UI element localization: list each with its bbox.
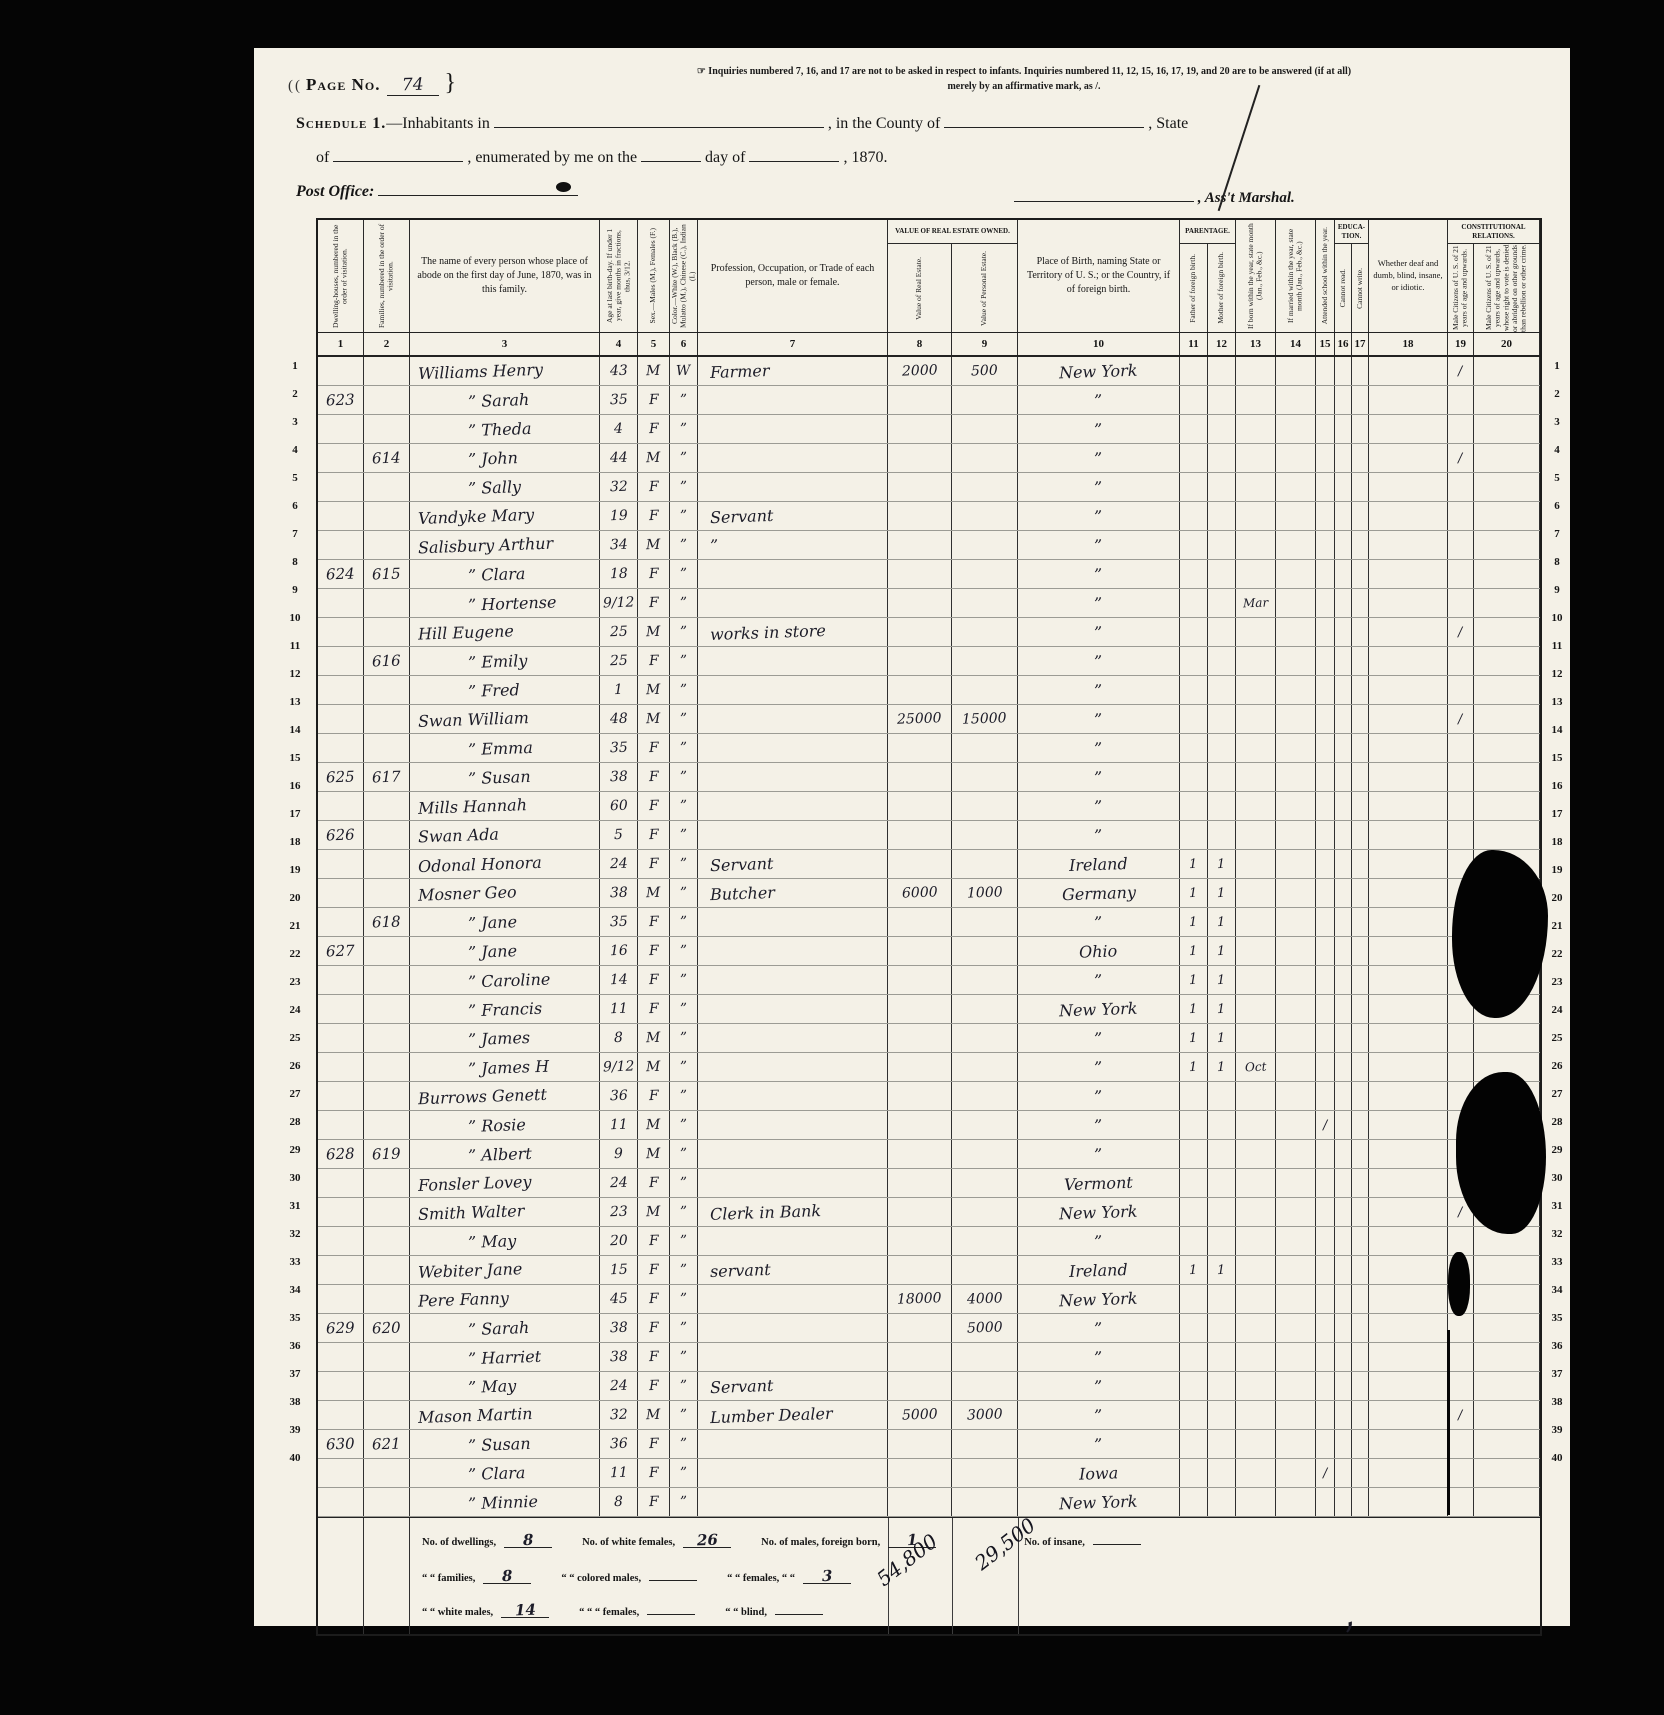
cell-cit <box>1448 502 1474 530</box>
handwritten-entry: F <box>648 508 658 524</box>
cell-re <box>888 1256 952 1284</box>
cell-birth: ” <box>1018 1024 1180 1052</box>
handwritten-entry: 48 <box>609 711 627 728</box>
cell-cw <box>1352 676 1369 704</box>
cell-cw <box>1352 1459 1369 1487</box>
handwritten-entry: ” <box>1094 1144 1103 1163</box>
cell-re: 2000 <box>888 357 952 385</box>
cell-name: Swan Ada <box>410 821 600 849</box>
cell-sch: / <box>1316 1459 1335 1487</box>
cell-cw <box>1352 792 1369 820</box>
cell-cr <box>1335 705 1352 733</box>
cell-fam <box>364 1082 410 1110</box>
cell-col: ” <box>670 1372 698 1400</box>
cell-bm <box>1236 444 1276 472</box>
cell-re <box>888 821 952 849</box>
cell-mm <box>1276 1372 1316 1400</box>
cell-dw <box>318 1256 364 1284</box>
cell-sex: M <box>638 1140 670 1168</box>
cell-col: ” <box>670 444 698 472</box>
cell-cr <box>1335 1488 1352 1516</box>
handwritten-entry: 2000 <box>901 362 937 379</box>
cell-sch: / <box>1316 1111 1335 1139</box>
cell-sch <box>1316 1082 1335 1110</box>
col-header-sex: Sex.—Males (M.), Females (F.) <box>638 220 670 332</box>
census-row: Swan William48M”2500015000”/ <box>318 705 1540 734</box>
cell-bm <box>1236 1314 1276 1342</box>
cell-den <box>1474 1024 1540 1052</box>
cell-sex: F <box>638 589 670 617</box>
cell-cw <box>1352 1024 1369 1052</box>
tally-item: “ “ “ females, <box>579 1598 695 1618</box>
cell-re <box>888 850 952 878</box>
cell-deaf <box>1369 1111 1448 1139</box>
handwritten-entry: / <box>1458 363 1463 378</box>
cell-pe <box>952 734 1018 762</box>
handwritten-entry: ” Hortense <box>468 592 557 614</box>
handwritten-entry: F <box>648 1262 658 1278</box>
cell-cw <box>1352 1314 1369 1342</box>
cell-dw: 630 <box>318 1430 364 1458</box>
cell-birth: ” <box>1018 502 1180 530</box>
census-row: Vandyke Mary19F”Servant” <box>318 502 1540 531</box>
cell-den <box>1474 1372 1540 1400</box>
cell-occ <box>698 1459 888 1487</box>
cell-mm <box>1276 850 1316 878</box>
handwritten-entry: Vandyke Mary <box>418 504 535 527</box>
cell-pe <box>952 1198 1018 1226</box>
cell-deaf <box>1369 1459 1448 1487</box>
row-number: 27 <box>1544 1080 1570 1108</box>
cell-bm <box>1236 473 1276 501</box>
cell-sex: M <box>638 1053 670 1081</box>
cell-pe <box>952 1488 1018 1516</box>
cell-dw <box>318 1053 364 1081</box>
cell-occ <box>698 444 888 472</box>
cell-fb <box>1180 1169 1208 1197</box>
scan-paren-mark: (( <box>288 78 302 95</box>
cell-name: ” Sarah <box>410 1314 600 1342</box>
row-number: 6 <box>282 492 308 520</box>
handwritten-entry: M <box>646 363 661 379</box>
col-header-real-estate: Value of Real Estate. <box>888 244 952 332</box>
cell-deaf <box>1369 676 1448 704</box>
row-number: 5 <box>282 464 308 492</box>
cell-cit <box>1448 676 1474 704</box>
cell-den <box>1474 1488 1540 1516</box>
handwritten-entry: M <box>646 885 661 901</box>
cell-age: 5 <box>600 821 638 849</box>
cell-birth: ” <box>1018 1140 1180 1168</box>
cell-birth: ” <box>1018 1053 1180 1081</box>
cell-mm <box>1276 531 1316 559</box>
cell-mb: 1 <box>1208 995 1236 1023</box>
handwritten-entry: F <box>648 566 658 582</box>
cell-occ: Servant <box>698 1372 888 1400</box>
col-header-cannot-read: Cannot read. <box>1335 244 1352 332</box>
brace-glyph: } <box>445 70 457 97</box>
footer-family-cell <box>364 1518 410 1634</box>
handwritten-entry: / <box>1458 1204 1463 1219</box>
footer-line-1: No. of dwellings,8No. of white females,2… <box>422 1528 1171 1548</box>
handwritten-entry: ” Theda <box>468 418 532 439</box>
handwritten-entry: Odonal Honora <box>418 852 542 875</box>
cell-pe <box>952 1111 1018 1139</box>
cell-mb <box>1208 589 1236 617</box>
cell-fam <box>364 1459 410 1487</box>
column-number: 15 <box>1316 333 1335 355</box>
cell-den <box>1474 560 1540 588</box>
cell-birth: ” <box>1018 386 1180 414</box>
cell-fam <box>364 1343 410 1371</box>
cell-age: 20 <box>600 1227 638 1255</box>
cell-cr <box>1335 618 1352 646</box>
cell-mm <box>1276 821 1316 849</box>
cell-dw: 629 <box>318 1314 364 1342</box>
handwritten-entry: ” <box>680 566 688 582</box>
cell-den <box>1474 763 1540 791</box>
row-number: 13 <box>282 688 308 716</box>
cell-col: ” <box>670 966 698 994</box>
cell-mm <box>1276 763 1316 791</box>
table-footer: No. of dwellings,8No. of white females,2… <box>318 1517 1540 1634</box>
handwritten-entry: Williams Henry <box>418 359 544 382</box>
handwritten-entry: 628 <box>326 1145 355 1164</box>
handwritten-entry: 35 <box>609 914 627 931</box>
handwritten-entry: ” <box>680 1088 688 1104</box>
handwritten-entry: 60 <box>609 798 627 815</box>
handwritten-entry: 619 <box>372 1145 401 1164</box>
cell-birth: ” <box>1018 444 1180 472</box>
handwritten-entry: F <box>648 479 658 495</box>
cell-bm <box>1236 618 1276 646</box>
census-row: ” Theda4F”” <box>318 415 1540 444</box>
handwritten-entry: ” <box>680 1059 688 1075</box>
cell-name: Burrows Genett <box>410 1082 600 1110</box>
cell-dw <box>318 531 364 559</box>
cell-deaf <box>1369 1256 1448 1284</box>
left-rail: 1234567891011121314151617181920212223242… <box>282 352 308 1472</box>
column-number: 10 <box>1018 333 1180 355</box>
cell-cr <box>1335 1169 1352 1197</box>
row-number: 9 <box>1544 576 1570 604</box>
cell-sch <box>1316 618 1335 646</box>
row-number: 32 <box>282 1220 308 1248</box>
cell-bm <box>1236 676 1276 704</box>
cell-fb <box>1180 1111 1208 1139</box>
cell-occ <box>698 763 888 791</box>
post-office-line: Post Office: <box>296 182 578 201</box>
handwritten-entry: ” <box>680 1465 688 1481</box>
cell-cr <box>1335 850 1352 878</box>
cell-pe <box>952 792 1018 820</box>
cell-fb <box>1180 1140 1208 1168</box>
column-number: 17 <box>1352 333 1369 355</box>
handwritten-entry: 3 <box>822 1567 833 1585</box>
census-row: 623” Sarah35F”” <box>318 386 1540 415</box>
cell-mm <box>1276 502 1316 530</box>
cell-col: ” <box>670 1198 698 1226</box>
handwritten-entry: ” Harriet <box>468 1346 542 1368</box>
cell-den <box>1474 357 1540 385</box>
handwritten-entry: F <box>648 1436 658 1452</box>
handwritten-entry: Servant <box>710 1375 774 1396</box>
cell-fb: 1 <box>1180 966 1208 994</box>
cell-sch <box>1316 1285 1335 1313</box>
col-header-occupation: Profession, Occupation, or Trade of each… <box>698 220 888 332</box>
marshal-label: , Ass't Marshal. <box>1198 190 1295 206</box>
cell-den <box>1474 1459 1540 1487</box>
instructions-note: ☞ Inquiries numbered 7, 16, and 17 are n… <box>504 64 1544 94</box>
handwritten-entry: 25 <box>609 624 627 641</box>
census-row: Hill Eugene25M”works in store”/ <box>318 618 1540 647</box>
handwritten-entry: 24 <box>609 1378 627 1395</box>
cell-bm <box>1236 1459 1276 1487</box>
cell-mb <box>1208 386 1236 414</box>
cell-sex: F <box>638 821 670 849</box>
cell-sch <box>1316 357 1335 385</box>
cell-birth: ” <box>1018 792 1180 820</box>
cell-mb <box>1208 1488 1236 1516</box>
column-number: 11 <box>1180 333 1208 355</box>
cell-cit <box>1448 415 1474 443</box>
cell-mm <box>1276 473 1316 501</box>
cell-bm <box>1236 734 1276 762</box>
cell-dw <box>318 1488 364 1516</box>
cell-pe <box>952 502 1018 530</box>
cell-cr <box>1335 1198 1352 1226</box>
cell-fam: 618 <box>364 908 410 936</box>
handwritten-entry: ” Sarah <box>468 389 530 410</box>
cell-sex: F <box>638 1372 670 1400</box>
handwritten-entry: F <box>648 740 658 756</box>
cell-deaf <box>1369 705 1448 733</box>
cell-sch <box>1316 734 1335 762</box>
column-number: 7 <box>698 333 888 355</box>
cell-occ <box>698 560 888 588</box>
cell-mm <box>1276 1198 1316 1226</box>
handwritten-entry: New York <box>1059 1491 1138 1513</box>
handwritten-entry: M <box>646 1030 661 1046</box>
cell-sex: M <box>638 1111 670 1139</box>
cell-sch <box>1316 1430 1335 1458</box>
cell-sex: F <box>638 1459 670 1487</box>
cell-cw <box>1352 879 1369 907</box>
cell-col: ” <box>670 676 698 704</box>
marshal-line: , Ass't Marshal. <box>1014 188 1295 207</box>
cell-age: 11 <box>600 995 638 1023</box>
handwritten-entry: 626 <box>326 826 355 845</box>
cell-mm <box>1276 1488 1316 1516</box>
cell-re <box>888 386 952 414</box>
handwritten-entry: Oct <box>1245 1060 1267 1075</box>
cell-fam <box>364 618 410 646</box>
cell-dw <box>318 908 364 936</box>
handwritten-entry: 1 <box>1217 885 1226 900</box>
handwritten-entry: 625 <box>326 768 355 787</box>
handwritten-entry: F <box>648 421 658 437</box>
handwritten-entry: Clerk in Bank <box>710 1201 822 1224</box>
cell-birth: ” <box>1018 589 1180 617</box>
cell-name: ” Francis <box>410 995 600 1023</box>
row-number: 30 <box>282 1164 308 1192</box>
handwritten-entry: / <box>1323 1465 1328 1480</box>
cell-fb: 1 <box>1180 879 1208 907</box>
cell-age: 24 <box>600 1372 638 1400</box>
cell-den <box>1474 415 1540 443</box>
handwritten-entry: ” <box>1094 796 1103 815</box>
column-number: 3 <box>410 333 600 355</box>
cell-name: Williams Henry <box>410 357 600 385</box>
cell-cr <box>1335 1430 1352 1458</box>
cell-sch <box>1316 821 1335 849</box>
cell-deaf <box>1369 1227 1448 1255</box>
cell-re: 6000 <box>888 879 952 907</box>
cell-bm <box>1236 1140 1276 1168</box>
cell-sch <box>1316 705 1335 733</box>
handwritten-entry: ” Albert <box>468 1143 532 1164</box>
cell-bm <box>1236 1343 1276 1371</box>
census-row: Williams Henry43MWFarmer2000500New York/ <box>318 357 1540 386</box>
census-rows: Williams Henry43MWFarmer2000500New York/… <box>318 357 1540 1517</box>
cell-mb: 1 <box>1208 850 1236 878</box>
cell-pe <box>952 1140 1018 1168</box>
census-row: ” May20F”” <box>318 1227 1540 1256</box>
handwritten-entry: ” <box>680 856 688 872</box>
cell-col: ” <box>670 1082 698 1110</box>
census-row: ” May24F”Servant” <box>318 1372 1540 1401</box>
cell-sch <box>1316 850 1335 878</box>
handwritten-entry: ” Clara <box>468 1463 526 1484</box>
handwritten-entry: 1 <box>1217 1030 1226 1045</box>
handwritten-entry: Vermont <box>1064 1172 1133 1193</box>
tally-item: “ “ white males,14 <box>422 1601 549 1618</box>
cell-fam: 617 <box>364 763 410 791</box>
cell-col: ” <box>670 705 698 733</box>
handwritten-entry: F <box>648 1001 658 1017</box>
handwritten-entry: New York <box>1059 1288 1138 1310</box>
handwritten-entry: ” Caroline <box>468 969 551 991</box>
cell-cr <box>1335 995 1352 1023</box>
row-number: 10 <box>282 604 308 632</box>
cell-cr <box>1335 1111 1352 1139</box>
cell-bm <box>1236 1401 1276 1429</box>
handwritten-entry: ” John <box>468 448 519 469</box>
handwritten-entry: W <box>676 363 691 379</box>
handwritten-entry: ” <box>680 1117 688 1133</box>
handwritten-entry: 3000 <box>966 1406 1002 1423</box>
handwritten-entry: servant <box>710 1259 771 1280</box>
handwritten-entry: 20 <box>609 1233 627 1250</box>
cell-deaf <box>1369 589 1448 617</box>
handwritten-entry: ” <box>1094 912 1103 931</box>
cell-name: Fonsler Lovey <box>410 1169 600 1197</box>
cell-fam <box>364 995 410 1023</box>
cell-pe <box>952 1372 1018 1400</box>
cell-sex: F <box>638 1430 670 1458</box>
cell-deaf <box>1369 1024 1448 1052</box>
line2-mid: , enumerated by me on the <box>467 149 637 166</box>
cell-re <box>888 995 952 1023</box>
cell-age: 38 <box>600 1314 638 1342</box>
blank-county-line <box>944 114 1144 128</box>
cell-occ <box>698 473 888 501</box>
cell-col: ” <box>670 1285 698 1313</box>
cell-age: 60 <box>600 792 638 820</box>
handwritten-entry: 614 <box>372 449 401 468</box>
cell-cr <box>1335 937 1352 965</box>
handwritten-entry: 11 <box>609 1465 627 1482</box>
cell-mm <box>1276 1430 1316 1458</box>
cell-occ: ” <box>698 531 888 559</box>
cell-fb: 1 <box>1180 995 1208 1023</box>
cell-mb <box>1208 1198 1236 1226</box>
cell-sex: F <box>638 1285 670 1313</box>
cell-occ <box>698 676 888 704</box>
cell-age: 38 <box>600 879 638 907</box>
cell-cw <box>1352 1256 1369 1284</box>
row-number: 18 <box>1544 828 1570 856</box>
cell-fb <box>1180 415 1208 443</box>
footer-summary-box: No. of dwellings,8No. of white females,2… <box>410 1518 1540 1634</box>
handwritten-entry: Pere Fanny <box>418 1288 510 1310</box>
cell-cw <box>1352 357 1369 385</box>
handwritten-entry: 9/12 <box>602 594 634 611</box>
cell-occ <box>698 1285 888 1313</box>
cell-mm <box>1276 1459 1316 1487</box>
handwritten-entry: ” <box>680 885 688 901</box>
row-number: 26 <box>282 1052 308 1080</box>
cell-bm <box>1236 502 1276 530</box>
handwritten-entry: F <box>648 1349 658 1365</box>
row-number: 7 <box>1544 520 1570 548</box>
handwritten-entry: ” <box>680 1204 688 1220</box>
handwritten-entry: ” Fred <box>468 680 520 701</box>
cell-bm: Mar <box>1236 589 1276 617</box>
cell-cr <box>1335 879 1352 907</box>
cell-fb: 1 <box>1180 1053 1208 1081</box>
tally-value: 8 <box>483 1567 531 1584</box>
cell-mm <box>1276 705 1316 733</box>
cell-age: 9/12 <box>600 589 638 617</box>
cell-age: 24 <box>600 850 638 878</box>
handwritten-entry: 34 <box>609 537 627 554</box>
handwritten-entry: 32 <box>609 479 627 496</box>
cell-fam <box>364 473 410 501</box>
row-number: 39 <box>1544 1416 1570 1444</box>
tally-label: No. of males, foreign born, <box>761 1537 880 1548</box>
row-number: 37 <box>1544 1360 1570 1388</box>
cell-mm <box>1276 1169 1316 1197</box>
column-number: 12 <box>1208 333 1236 355</box>
cell-col: W <box>670 357 698 385</box>
census-row: Mason Martin32M”Lumber Dealer50003000”/ <box>318 1401 1540 1430</box>
cell-age: 34 <box>600 531 638 559</box>
cell-col: ” <box>670 1053 698 1081</box>
handwritten-entry: 6000 <box>901 884 937 901</box>
handwritten-entry: ” May <box>468 1376 517 1397</box>
cell-occ <box>698 1343 888 1371</box>
cell-birth: ” <box>1018 734 1180 762</box>
column-number: 19 <box>1448 333 1474 355</box>
cell-cw <box>1352 1401 1369 1429</box>
handwritten-entry: ” <box>1094 680 1103 699</box>
handwritten-entry: ” Susan <box>468 766 531 787</box>
tally-value <box>647 1598 695 1615</box>
handwritten-entry: 1 <box>1189 972 1198 987</box>
cell-cit <box>1448 821 1474 849</box>
cell-re <box>888 1314 952 1342</box>
